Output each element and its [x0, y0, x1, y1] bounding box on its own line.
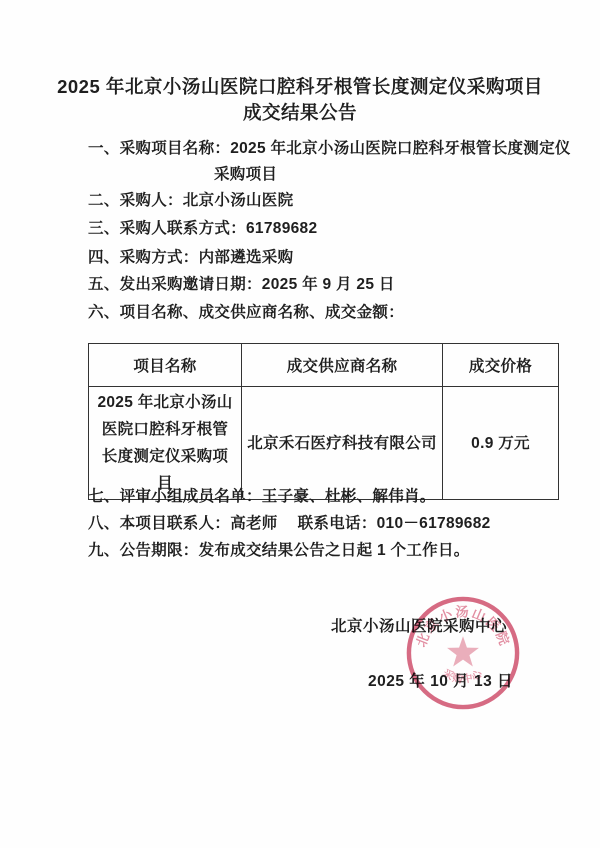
- award-result-table: 项目名称 成交供应商名称 成交价格 2025 年北京小汤山医院口腔科牙根管长度测…: [88, 343, 559, 500]
- signature-organization: 北京小汤山医院采购中心: [331, 614, 507, 640]
- item-text: 评审小组成员名单：王子豪、杜彬、解伟肖。: [120, 488, 436, 505]
- cell-project-name: 2025 年北京小汤山医院口腔科牙根管长度测定仪采购项目: [89, 387, 242, 500]
- title-line-2: 成交结果公告: [0, 100, 600, 126]
- item-number: 五、: [88, 276, 120, 293]
- item-text: 采购人：北京小汤山医院: [120, 192, 294, 209]
- item-text: 项目名称、成交供应商名称、成交金额：: [120, 304, 404, 321]
- item-procurement-method: 四、采购方式：内部遴选采购: [88, 245, 548, 271]
- item-text: 采购方式：内部遴选采购: [120, 249, 294, 266]
- item-text-phone: 联系电话：010－61789682: [298, 515, 491, 532]
- item-announcement-period: 九、公告期限：发布成交结果公告之日起 1 个工作日。: [88, 538, 548, 564]
- item-number: 三、: [88, 220, 120, 237]
- item-text: 采购人联系方式：61789682: [120, 220, 318, 237]
- item-text: 采购项目名称：2025 年北京小汤山医院口腔科牙根管长度测定仪: [120, 140, 571, 157]
- item-text: 本项目联系人：高老师: [120, 515, 278, 532]
- item-text-continuation: 采购项目: [214, 162, 548, 188]
- item-number: 七、: [88, 488, 120, 505]
- header-project-name: 项目名称: [89, 344, 242, 387]
- seal-star-icon: [447, 636, 479, 666]
- item-purchaser: 二、采购人：北京小汤山医院: [88, 188, 548, 214]
- cell-supplier-name: 北京禾石医疗科技有限公司: [242, 387, 443, 500]
- item-review-panel: 七、评审小组成员名单：王子豪、杜彬、解伟肖。: [88, 484, 548, 510]
- item-number: 四、: [88, 249, 120, 266]
- title-line-1: 2025 年北京小汤山医院口腔科牙根管长度测定仪采购项目: [0, 74, 600, 100]
- table-row: 2025 年北京小汤山医院口腔科牙根管长度测定仪采购项目 北京禾石医疗科技有限公…: [89, 387, 559, 500]
- item-purchaser-contact: 三、采购人联系方式：61789682: [88, 216, 548, 242]
- item-text: 公告期限：发布成交结果公告之日起 1 个工作日。: [120, 542, 470, 559]
- item-contact-person: 八、本项目联系人：高老师联系电话：010－61789682: [88, 511, 548, 537]
- signature-date: 2025 年 10 月 13 日: [368, 669, 513, 695]
- document-page: 2025 年北京小汤山医院口腔科牙根管长度测定仪采购项目 成交结果公告 一、采购…: [0, 0, 600, 848]
- item-number: 六、: [88, 304, 120, 321]
- header-supplier-name: 成交供应商名称: [242, 344, 443, 387]
- item-invitation-date: 五、发出采购邀请日期：2025 年 9 月 25 日: [88, 272, 548, 298]
- cell-award-price: 0.9 万元: [443, 387, 559, 500]
- table-header-row: 项目名称 成交供应商名称 成交价格: [89, 344, 559, 387]
- page-title: 2025 年北京小汤山医院口腔科牙根管长度测定仪采购项目 成交结果公告: [0, 74, 600, 126]
- item-project-name: 一、采购项目名称：2025 年北京小汤山医院口腔科牙根管长度测定仪 采购项目: [88, 136, 548, 188]
- header-award-price: 成交价格: [443, 344, 559, 387]
- item-number: 九、: [88, 542, 120, 559]
- item-number: 一、: [88, 140, 120, 157]
- item-text: 发出采购邀请日期：2025 年 9 月 25 日: [120, 276, 395, 293]
- item-number: 八、: [88, 515, 120, 532]
- item-table-intro: 六、项目名称、成交供应商名称、成交金额：: [88, 300, 548, 326]
- item-number: 二、: [88, 192, 120, 209]
